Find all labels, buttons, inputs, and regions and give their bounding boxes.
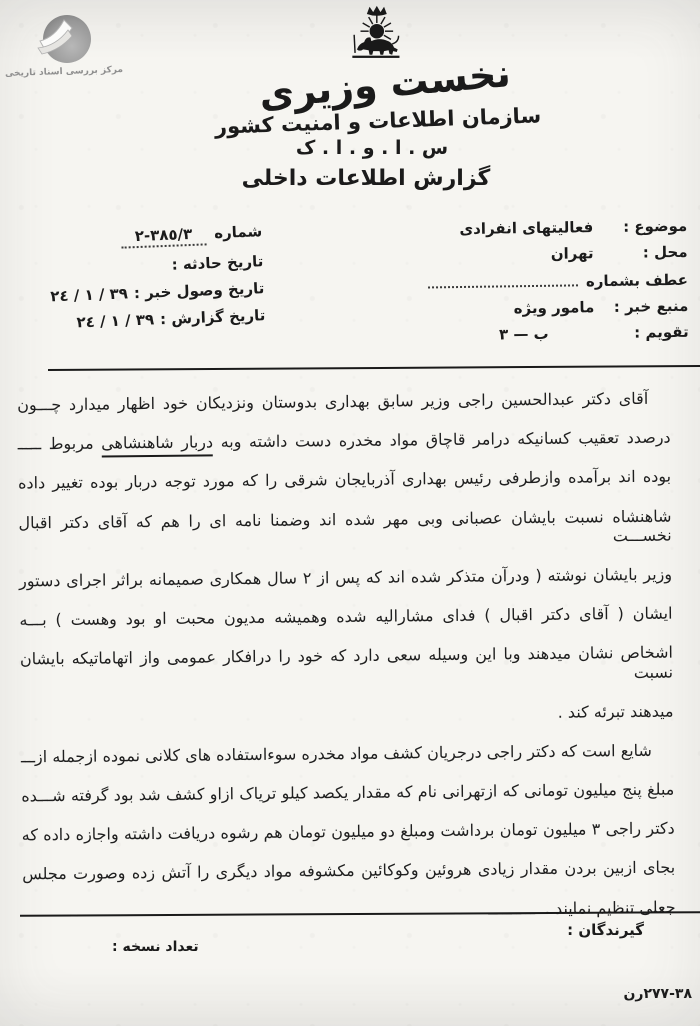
number-label: شماره — [214, 222, 263, 242]
body-line: مبلغ پنج میلیون تومانی که ازتهرانی نام ک… — [21, 780, 674, 806]
received-date-row: تاریخ وصول خبر : ٣٩ / ١ / ٢٤ — [14, 279, 265, 307]
location-value: تهران — [551, 244, 594, 263]
form-area: موضوع : فعالیتهای انفرادی محل : تهران عط… — [0, 219, 700, 367]
number-row: شماره ٣٨٥/٣-٢ — [12, 222, 263, 253]
subject-value: فعالیتهای انفرادی — [459, 218, 593, 238]
body-line: بوده اند برآمده وازطرفی رئیس بهداری آذرب… — [18, 467, 671, 493]
copies-count-label: تعداد نسخه : — [112, 939, 199, 955]
body-line: میدهند تبرئه کند . — [20, 701, 673, 727]
organization-acronym: س . ا . و . ا . ک — [22, 137, 700, 159]
form-column-left: شماره ٣٨٥/٣-٢ تاریخ حادثه : تاریخ وصول خ… — [12, 222, 266, 343]
reference-row: عطف بشماره — [378, 269, 688, 293]
evaluation-value: ب — ٣ — [499, 324, 549, 343]
received-date-value: ٣٩ / ١ / ٢٤ — [50, 284, 128, 305]
body-line: شایع است که دکتر راجی درجریان کشف مواد م… — [21, 740, 674, 766]
subject-row: موضوع : فعالیتهای انفرادی — [377, 217, 687, 239]
number-dotted-line: ٣٨٥/٣-٢ — [120, 224, 206, 248]
underlined-phrase: دربار شاهنشاهی — [101, 433, 213, 458]
body-text-segment: مربوط ـــــ — [18, 434, 102, 454]
form-column-right: موضوع : فعالیتهای انفرادی محل : تهران عط… — [377, 217, 689, 353]
location-label: محل : — [599, 243, 687, 262]
body-text-segment: درصدد تعقیب کسانیکه درامر قاچاق مواد مخد… — [213, 428, 671, 452]
body-line: شاهنشاه نسبت بایشان عصبانی وبی مهر شده ا… — [18, 506, 671, 551]
report-title: گزارش اطلاعات داخلی — [16, 166, 700, 191]
report-date-row: تاریخ گزارش : ٣٩ / ١ / ٢٤ — [15, 306, 266, 334]
recipients-label: گیرندگان : — [567, 921, 644, 939]
scanned-document-page: مرکز بررسی اسناد تاریخی — [0, 0, 700, 1026]
report-body: آقای دکتر عبدالحسین راجی وزیر سابق بهدار… — [17, 389, 676, 944]
report-date-value: ٣٩ / ١ / ٢٤ — [76, 310, 154, 331]
evaluation-label: تقویم : — [601, 322, 689, 341]
archive-reference-number: ٣٨-٢٧٧رن — [623, 986, 692, 1002]
source-row: منبع خبر : مامور ویژه — [378, 296, 688, 318]
incident-date-label: تاریخ حادثه : — [171, 252, 263, 274]
received-date-label: تاریخ وصول خبر : — [134, 279, 265, 302]
reference-dotted-line — [428, 270, 578, 288]
body-line: بجای ازبین بردن مقدار زیادی هروئین وکوکا… — [22, 858, 675, 884]
body-line: دکتر راجی ٣ میلیون تومان برداشت ومبلغ دو… — [22, 819, 675, 845]
report-date-label: تاریخ گزارش : — [160, 306, 266, 328]
location-row: محل : تهران — [377, 243, 687, 265]
document-header: نخست وزیری سازمان اطلاعات و امنیت کشور س… — [0, 4, 700, 191]
body-line: درصدد تعقیب کسانیکه درامر قاچاق مواد مخد… — [18, 428, 671, 454]
number-value: ٣٨٥/٣-٢ — [134, 225, 192, 245]
reference-label: عطف بشماره — [586, 270, 688, 289]
lion-and-sun-emblem-icon — [346, 4, 404, 62]
source-value: مامور ویژه — [514, 298, 595, 317]
body-line: وزیر بایشان نوشته ( ودرآن متذکر شده اند … — [19, 565, 672, 591]
body-line: جعلی تنظیم نمایند . ـــــــــــ — [22, 897, 675, 923]
evaluation-row: تقویم : ب — ٣ — [379, 322, 689, 344]
subject-label: موضوع : — [599, 217, 687, 236]
body-line: آقای دکتر عبدالحسین راجی وزیر سابق بهدار… — [17, 389, 670, 415]
body-line: ایشان ( آقای دکتر اقبال ) فدای مشارالیه … — [19, 604, 672, 630]
incident-date-row: تاریخ حادثه : — [13, 252, 264, 280]
source-label: منبع خبر : — [600, 296, 688, 315]
body-line: اشخاص نشان میدهند وبا این وسیله سعی دارد… — [20, 643, 673, 688]
